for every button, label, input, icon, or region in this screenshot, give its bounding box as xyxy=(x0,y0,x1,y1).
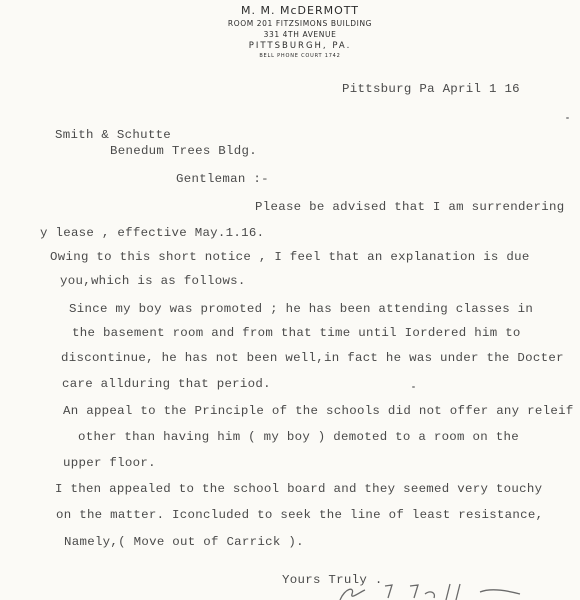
letterhead-room: ROOM 201 FITZSIMONS BUILDING xyxy=(180,18,420,29)
letterhead-phone: BELL PHONE COURT 1742 xyxy=(180,52,420,60)
body-line: discontinue, he has not been well,in fac… xyxy=(61,351,564,365)
body-line: you,which is as follows. xyxy=(60,274,246,288)
letterhead-name: M. M. McDERMOTT xyxy=(180,4,420,18)
body-line: upper floor. xyxy=(63,456,156,470)
addressee-name: Smith & Schutte xyxy=(55,128,171,142)
body-line: Namely,( Move out of Carrick ). xyxy=(64,535,304,549)
body-line: Owing to this short notice , I feel that… xyxy=(50,250,530,264)
letterhead-avenue: 331 4TH AVENUE xyxy=(180,29,420,40)
body-line: other than having him ( my boy ) demoted… xyxy=(78,430,519,444)
addressee-address: Benedum Trees Bldg. xyxy=(110,144,257,158)
letterhead: M. M. McDERMOTT ROOM 201 FITZSIMONS BUIL… xyxy=(180,4,420,60)
paper-speck xyxy=(566,117,569,119)
body-line: the basement room and from that time unt… xyxy=(72,326,521,340)
body-line: Since my boy was promoted ; he has been … xyxy=(69,302,533,316)
signature xyxy=(330,580,580,600)
body-line: on the matter. Iconcluded to seek the li… xyxy=(56,508,543,522)
letter-date: Pittsburg Pa April 1 16 xyxy=(342,82,520,96)
body-line: I then appealed to the school board and … xyxy=(55,482,542,496)
body-line: care allduring that period. xyxy=(62,377,271,391)
body-line: y lease , effective May.1.16. xyxy=(40,226,264,240)
salutation: Gentleman :- xyxy=(176,172,269,186)
body-line: Please be advised that I am surrendering xyxy=(255,200,564,214)
body-line: An appeal to the Principle of the school… xyxy=(63,404,574,418)
letterhead-city: PITTSBURGH, PA. xyxy=(180,40,420,52)
paper-speck xyxy=(412,386,415,388)
